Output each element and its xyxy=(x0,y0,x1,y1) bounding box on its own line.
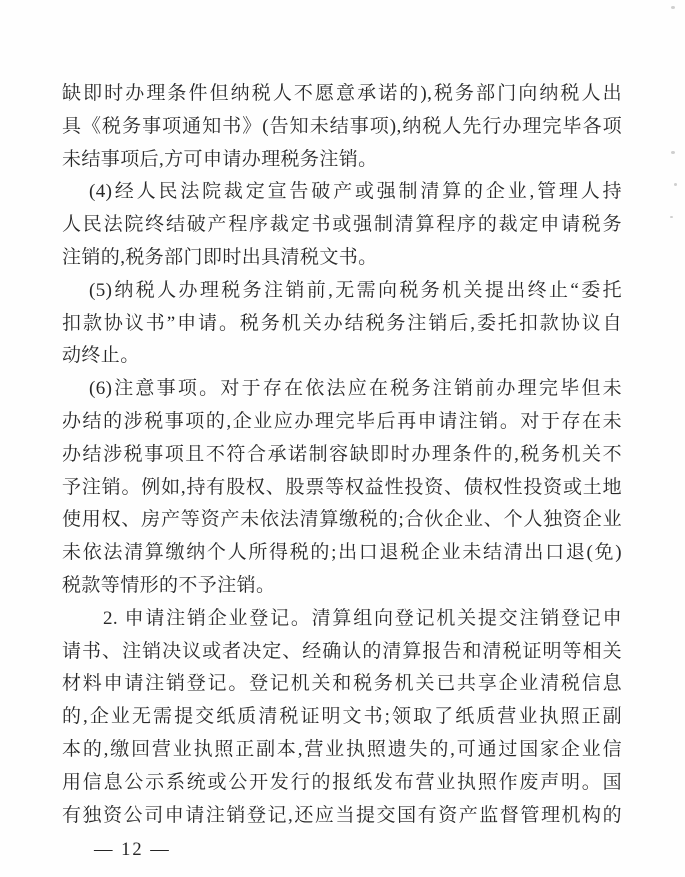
text-line: 具《税务事项通知书》(告知未结事项),纳税人先行办理完毕各项 xyxy=(62,111,622,144)
text-line: 的,企业无需提交纸质清税证明文书;领取了纸质营业执照正副 xyxy=(62,701,622,734)
text-line: 予注销。例如,持有股权、股票等权益性投资、债权性投资或土地 xyxy=(62,472,622,505)
text-line: (4)经人民法院裁定宣告破产或强制清算的企业,管理人持 xyxy=(62,176,622,209)
scan-speck xyxy=(670,216,673,218)
text-line: 办结的涉税事项的,企业应办理完毕后再申请注销。对于存在未 xyxy=(62,406,622,439)
text-line: 注销的,税务部门即时出具清税文书。 xyxy=(62,242,622,275)
text-line: 动终止。 xyxy=(62,340,622,373)
text-line: (6)注意事项。对于存在依法应在税务注销前办理完毕但未 xyxy=(62,373,622,406)
text-line: 用信息公示系统或公开发行的报纸发布营业执照作废声明。国 xyxy=(62,767,622,800)
document-page: 缺即时办理条件但纳税人不愿意承诺的),税务部门向纳税人出 具《税务事项通知书》(… xyxy=(0,0,685,877)
scan-speck xyxy=(671,6,675,9)
page-number: — 12 — xyxy=(94,840,171,861)
text-line: 办结涉税事项且不符合承诺制容缺即时办理条件的,税务机关不 xyxy=(62,439,622,472)
text-line: 材料申请注销登记。登记机关和税务机关已共享企业清税信息 xyxy=(62,668,622,701)
text-line: 未依法清算缴纳个人所得税的;出口退税企业未结清出口退(免) xyxy=(62,537,622,570)
text-line: 使用权、房产等资产未依法清算缴税的;合伙企业、个人独资企业 xyxy=(62,504,622,537)
body-text: 缺即时办理条件但纳税人不愿意承诺的),税务部门向纳税人出 具《税务事项通知书》(… xyxy=(62,78,622,832)
text-line: 人民法院终结破产程序裁定书或强制清算程序的裁定申请税务 xyxy=(62,209,622,242)
text-line: 请书、注销决议或者决定、经确认的清算报告和清税证明等相关 xyxy=(62,636,622,669)
text-line: (5)纳税人办理税务注销前,无需向税务机关提出终止“委托 xyxy=(62,275,622,308)
text-line: 未结事项后,方可申请办理税务注销。 xyxy=(62,144,622,177)
text-line: 2. 申请注销企业登记。清算组向登记机关提交注销登记申 xyxy=(62,603,622,636)
scan-speck xyxy=(671,151,675,154)
text-line: 扣款协议书”申请。税务机关办结税务注销后,委托扣款协议自 xyxy=(62,308,622,341)
text-line: 缺即时办理条件但纳税人不愿意承诺的),税务部门向纳税人出 xyxy=(62,78,622,111)
text-line: 本的,缴回营业执照正副本,营业执照遗失的,可通过国家企业信 xyxy=(62,734,622,767)
text-line: 税款等情形的不予注销。 xyxy=(62,570,622,603)
scan-speck xyxy=(674,183,677,186)
text-line: 有独资公司申请注销登记,还应当提交国有资产监督管理机构的 xyxy=(62,800,622,833)
